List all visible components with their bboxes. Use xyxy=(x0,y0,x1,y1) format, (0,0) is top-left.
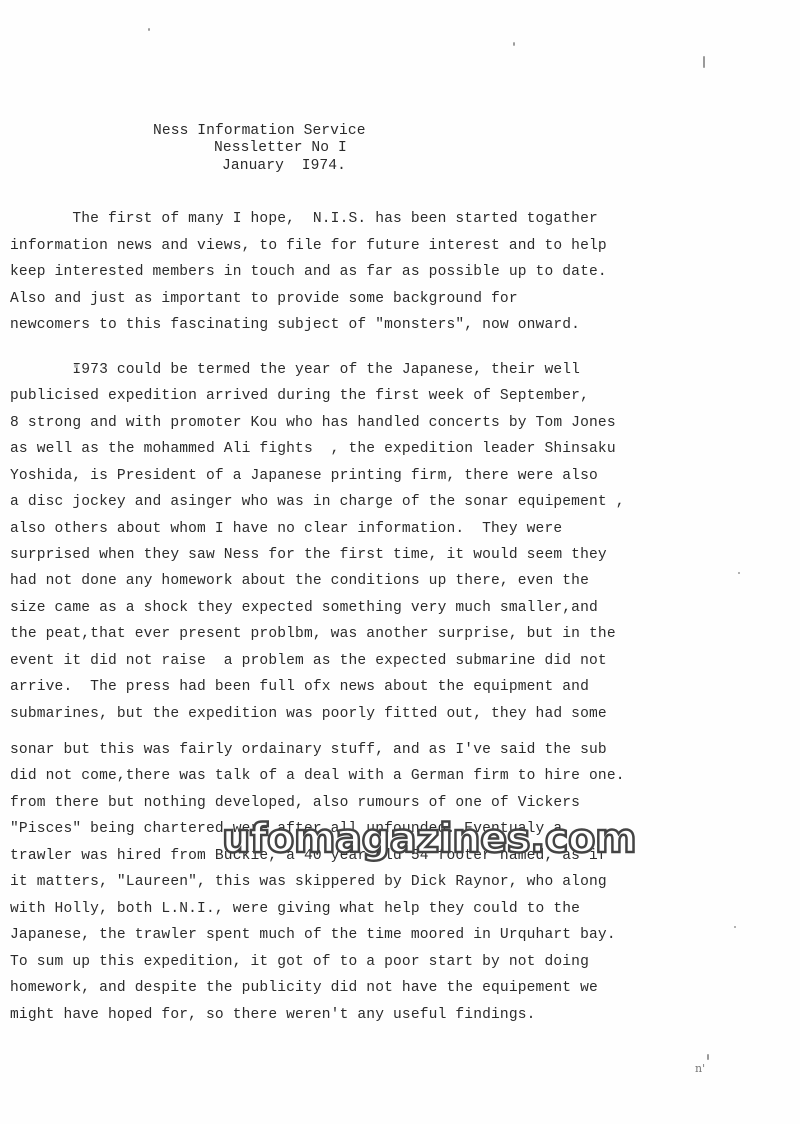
text-line: information news and views, to file for … xyxy=(10,237,607,255)
newsletter-date: January I974. xyxy=(222,158,346,175)
text-line: size came as a shock they expected somet… xyxy=(10,599,598,617)
text-line: Also and just as important to provide so… xyxy=(10,290,518,308)
text-line: keep interested members in touch and as … xyxy=(10,263,607,281)
text-line: as well as the mohammed Ali fights , the… xyxy=(10,440,616,458)
text-line: the peat,that ever present problbm, was … xyxy=(10,625,616,643)
scan-speck xyxy=(74,364,78,368)
scan-speck xyxy=(148,28,150,31)
text-line: sonar but this was fairly ordainary stuf… xyxy=(10,741,607,759)
text-line: Japanese, the trawler spent much of the … xyxy=(10,926,616,944)
scan-speck xyxy=(738,572,740,574)
text-line: To sum up this expedition, it got of to … xyxy=(10,953,589,971)
watermark-logo: ufomagazines.com xyxy=(222,816,636,862)
text-line: with Holly, both L.N.I., were giving wha… xyxy=(10,900,580,918)
typewritten-page: Ness Information Service Nessletter No I… xyxy=(0,0,800,1124)
text-line: submarines, but the expedition was poorl… xyxy=(10,705,607,723)
text-line: homework, and despite the publicity did … xyxy=(10,979,598,997)
text-line: also others about whom I have no clear i… xyxy=(10,520,562,538)
text-line: did not come,there was talk of a deal wi… xyxy=(10,767,625,785)
newsletter-issue: Nessletter No I xyxy=(214,140,347,157)
margin-mark: n' xyxy=(695,1062,705,1075)
text-line: from there but nothing developed, also r… xyxy=(10,794,580,812)
text-line: I973 could be termed the year of the Jap… xyxy=(10,361,580,379)
scan-speck xyxy=(513,42,515,46)
text-line: had not done any homework about the cond… xyxy=(10,572,589,590)
text-line: Yoshida, is President of a Japanese prin… xyxy=(10,467,598,485)
text-line: arrive. The press had been full ofx news… xyxy=(10,678,589,696)
scan-speck xyxy=(707,1054,709,1060)
text-line: publicised expedition arrived during the… xyxy=(10,387,589,405)
text-line: The first of many I hope, N.I.S. has bee… xyxy=(10,210,598,228)
text-line: it matters, "Laureen", this was skippere… xyxy=(10,873,607,891)
text-line: surprised when they saw Ness for the fir… xyxy=(10,546,607,564)
text-line: might have hoped for, so there weren't a… xyxy=(10,1006,536,1024)
organization-title: Ness Information Service xyxy=(153,123,366,140)
scan-speck xyxy=(703,56,705,68)
text-line: a disc jockey and asinger who was in cha… xyxy=(10,493,625,511)
text-line: 8 strong and with promoter Kou who has h… xyxy=(10,414,616,432)
text-line: event it did not raise a problem as the … xyxy=(10,652,607,670)
scan-speck xyxy=(734,926,736,928)
text-line: newcomers to this fascinating subject of… xyxy=(10,316,580,334)
